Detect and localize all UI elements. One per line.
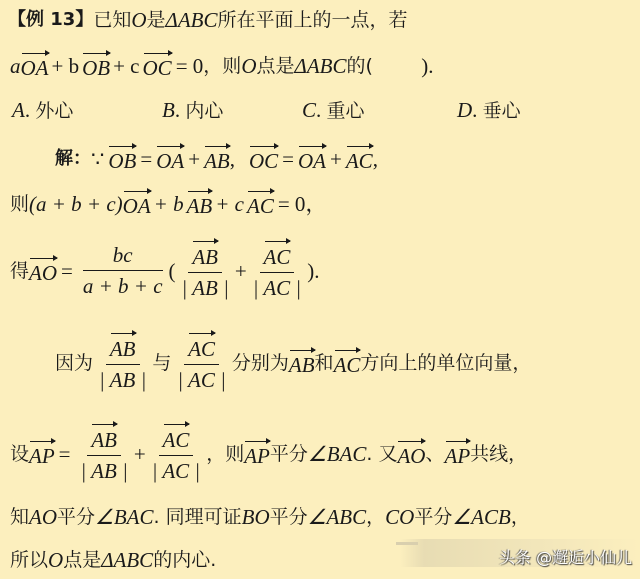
problem-line-2: a OA + b OB + c OC = 0 ，则 O 点是 ΔABC 的( )… — [10, 52, 434, 80]
watermark-mark — [396, 542, 418, 545]
vector-OB: OB — [82, 52, 110, 80]
fraction-bc: bc a + b + c — [79, 242, 167, 299]
solution-line-2: 则 (a + b + c) OA + b AB + c AC = 0 ， — [10, 190, 326, 218]
solution-line-7: 所以 O 点是 ΔABC 的内心. — [10, 548, 216, 572]
solution-label: 解： — [55, 147, 91, 171]
option-c: C. 重心 — [302, 98, 457, 123]
problem-line-1: 【例 13】 已知 O 是 ΔABC 所在平面上的一点，若 — [8, 8, 408, 32]
solution-line-5: 设 AP = AB | AB | + AC | AC | ，则 AP 平分 ∠B… — [10, 423, 527, 484]
option-d: D. 垂心 — [457, 98, 521, 123]
vector-OC: OC — [143, 52, 172, 80]
options-row: A. 外心 B. 内心 C. 重心 D. 垂心 — [12, 98, 521, 123]
solution-line-1: 解： ∵ OB = OA + AB , OC = OA + AC , — [55, 145, 378, 173]
option-a: A. 外心 — [12, 98, 162, 123]
option-b: B. 内心 — [162, 98, 302, 123]
watermark-text: 头条 @邂逅小仙儿 — [499, 545, 632, 568]
math-example-page: 【例 13】 已知 O 是 ΔABC 所在平面上的一点，若 a OA + b O… — [0, 0, 640, 579]
example-label: 【例 13】 — [8, 8, 93, 32]
solution-line-6: 知 AO 平分 ∠BAC . 同理可证 BO 平分 ∠ABC ， CO 平分 ∠… — [10, 505, 530, 529]
vector-OA: OA — [21, 52, 49, 80]
solution-line-4: 因为 AB | AB | 与 AC | AC | 分别为 AB 和 AC 方向上… — [55, 332, 531, 393]
solution-line-3: 得 AO = bc a + b + c ( AB | AB | + AC | A… — [10, 240, 319, 301]
